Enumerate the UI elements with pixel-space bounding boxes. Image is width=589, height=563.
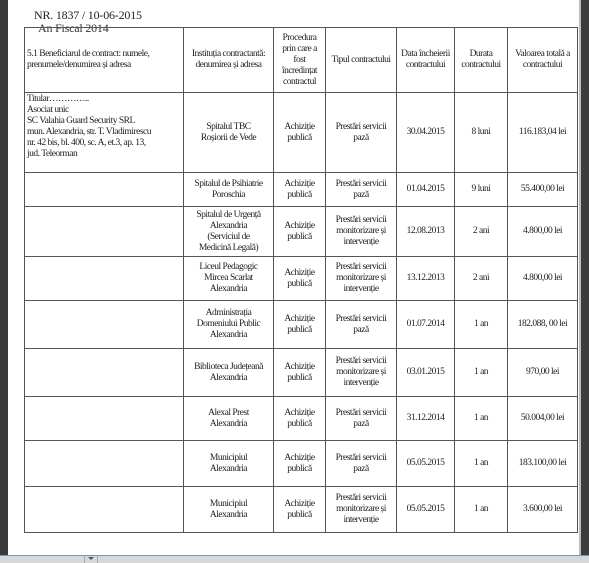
contract-type-cell: Prestări serviciipază <box>326 397 397 441</box>
total-value-cell: 4.800,00 lei <box>508 257 578 301</box>
procedure-cell: Achizițiepublică <box>274 349 326 397</box>
procedure-cell-line: publică <box>276 419 323 430</box>
header-beneficiary: 5.1 Beneficiarul de contract: numele, pr… <box>25 28 184 93</box>
institution-cell-line: (Serviciul de <box>186 232 271 243</box>
beneficiary-cell-empty <box>25 207 184 257</box>
procedure-cell-line: publică <box>276 279 323 290</box>
table-row: Alexal PrestAlexandriaAchizițiepublicăPr… <box>25 397 578 441</box>
contract-type-cell-line: Prestări servicii <box>328 122 394 133</box>
duration-cell: 1 an <box>455 301 508 349</box>
beneficiary-cell-empty <box>25 301 184 349</box>
procedure-cell-line: Achiziție <box>276 453 323 464</box>
duration-cell: 1 an <box>455 487 508 533</box>
table-row: MunicipiulAlexandriaAchizițiepublicăPres… <box>25 487 578 533</box>
procedure-cell: Achizițiepublică <box>274 207 326 257</box>
contract-type-cell-line: Prestări servicii <box>328 356 394 367</box>
procedure-cell-line: publică <box>276 325 323 336</box>
procedure-cell-line: Achiziție <box>276 179 323 190</box>
beneficiary-line: jud. Teleorman <box>27 149 181 160</box>
total-value-cell: 50.004,00 lei <box>508 397 578 441</box>
institution-cell-line: Liceul Pedagogic <box>186 262 271 273</box>
document-page: NR. 1837 / 10-06-2015 An Fiscal 2014 5.1… <box>8 0 579 555</box>
contract-type-cell-line: pază <box>328 464 394 475</box>
beneficiary-cell-empty <box>25 173 184 207</box>
contract-type-cell-line: intervenție <box>328 378 394 389</box>
institution-cell-line: Poroschia <box>186 190 271 201</box>
duration-cell: 9 luni <box>455 173 508 207</box>
institution-cell-line: Alexandria <box>186 284 271 295</box>
procedure-cell-line: Achiziție <box>276 314 323 325</box>
total-value-cell: 183.100,00 lei <box>508 441 578 487</box>
contract-type-cell-line: Prestări servicii <box>328 314 394 325</box>
institution-cell: Spitalul de PsihiatriePoroschia <box>184 173 274 207</box>
institution-cell: Alexal PrestAlexandria <box>184 397 274 441</box>
beneficiary-line: SC Valahia Guard Security SRL <box>27 116 181 127</box>
contract-type-cell: Prestări serviciipază <box>326 93 397 173</box>
procedure-cell-line: publică <box>276 190 323 201</box>
contract-type-cell-line: Prestări servicii <box>328 179 394 190</box>
contract-type-cell-line: pază <box>328 133 394 144</box>
contract-type-cell-line: monitorizare și <box>328 504 394 515</box>
table-row: Liceul PedagogicMircea ScarlatAlexandria… <box>25 257 578 301</box>
contract-type-cell-line: Prestări servicii <box>328 493 394 504</box>
table-row: Spitalul de UrgențăAlexandria(Serviciul … <box>25 207 578 257</box>
beneficiary-cell-empty <box>25 487 184 533</box>
table-header-row: 5.1 Beneficiarul de contract: numele, pr… <box>25 28 578 93</box>
beneficiary-cell-empty <box>25 397 184 441</box>
institution-cell-line: Alexandria <box>186 464 271 475</box>
institution-cell-line: Spitalul de Psihiatrie <box>186 179 271 190</box>
institution-cell: MunicipiulAlexandria <box>184 487 274 533</box>
procedure-cell: Achizițiepublică <box>274 301 326 349</box>
contract-type-cell: Prestări serviciipază <box>326 441 397 487</box>
procedure-cell: Achizițiepublică <box>274 441 326 487</box>
duration-cell: 8 luni <box>455 93 508 173</box>
contract-type-cell-line: monitorizare și <box>328 226 394 237</box>
beneficiary-cell-empty <box>25 257 184 301</box>
contract-type-cell: Prestări serviciimonitorizare șiinterven… <box>326 257 397 301</box>
contract-type-cell-line: pază <box>328 419 394 430</box>
procedure-cell-line: Achiziție <box>276 221 323 232</box>
total-value-cell: 4.800,00 lei <box>508 207 578 257</box>
total-value-cell: 116.183,04 lei <box>508 93 578 173</box>
institution-cell-line: Domeniului Public <box>186 319 271 330</box>
institution-cell-line: Biblioteca Județeană <box>186 362 271 373</box>
duration-cell: 2 ani <box>455 257 508 301</box>
header-institution: Instituția contractantă: denumirea și ad… <box>184 28 274 93</box>
total-value-cell: 55.400,00 lei <box>508 173 578 207</box>
viewer-left-margin <box>0 0 8 555</box>
table-row: Spitalul de PsihiatriePoroschiaAchiziție… <box>25 173 578 207</box>
procedure-cell-line: publică <box>276 464 323 475</box>
contract-type-cell: Prestări serviciimonitorizare șiinterven… <box>326 207 397 257</box>
table-row: AdministrațiaDomeniului PublicAlexandria… <box>25 301 578 349</box>
procedure-cell: Achizițiepublică <box>274 93 326 173</box>
contract-date-cell: 03.01.2015 <box>397 349 455 397</box>
header-duration: Durata contractului <box>455 28 508 93</box>
duration-cell: 1 an <box>455 349 508 397</box>
institution-cell-line: Alexandria <box>186 510 271 521</box>
institution-cell: AdministrațiaDomeniului PublicAlexandria <box>184 301 274 349</box>
dropdown-arrow-icon[interactable] <box>84 555 98 563</box>
institution-cell-line: Alexal Prest <box>186 408 271 419</box>
institution-cell-line: Alexandria <box>186 373 271 384</box>
institution-cell-line: Alexandria <box>186 221 271 232</box>
institution-cell: Biblioteca JudețeanăAlexandria <box>184 349 274 397</box>
beneficiary-line: Asociat unic <box>27 105 181 116</box>
procedure-cell-line: Achiziție <box>276 499 323 510</box>
duration-cell: 1 an <box>455 397 508 441</box>
contract-type-cell: Prestări serviciipază <box>326 301 397 349</box>
total-value-cell: 3.600,00 lei <box>508 487 578 533</box>
procedure-cell: Achizițiepublică <box>274 173 326 207</box>
contract-date-cell: 05.05.2015 <box>397 487 455 533</box>
contract-type-cell-line: pază <box>328 325 394 336</box>
procedure-cell-line: publică <box>276 133 323 144</box>
contract-type-cell-line: Prestări servicii <box>328 215 394 226</box>
institution-cell-line: Roșiorii de Vede <box>186 133 271 144</box>
beneficiary-cell-empty <box>25 441 184 487</box>
header-procedure: Procedura prin care a fost încredințat c… <box>274 28 326 93</box>
beneficiary-line: Titular………….. <box>27 94 181 105</box>
contract-date-cell: 30.04.2015 <box>397 93 455 173</box>
procedure-cell-line: Achiziție <box>276 122 323 133</box>
header-total-value: Valoarea totală a contractului <box>508 28 578 93</box>
institution-cell: MunicipiulAlexandria <box>184 441 274 487</box>
contract-date-cell: 01.07.2014 <box>397 301 455 349</box>
contract-date-cell: 05.05.2015 <box>397 441 455 487</box>
contract-date-cell: 01.04.2015 <box>397 173 455 207</box>
beneficiary-cell-empty <box>25 349 184 397</box>
institution-cell-line: Municipiul <box>186 499 271 510</box>
procedure-cell: Achizițiepublică <box>274 257 326 301</box>
table-row: MunicipiulAlexandriaAchizițiepublicăPres… <box>25 441 578 487</box>
institution-cell: Spitalul TBCRoșiorii de Vede <box>184 93 274 173</box>
contracts-table: 5.1 Beneficiarul de contract: numele, pr… <box>24 27 578 533</box>
total-value-cell: 970,00 lei <box>508 349 578 397</box>
institution-cell-line: Spitalul TBC <box>186 122 271 133</box>
procedure-cell-line: publică <box>276 373 323 384</box>
beneficiary-line: nr. 42 bis, bl. 400, sc. A, et.3, ap. 13… <box>27 138 181 149</box>
header-contract-type: Tipul contractului <box>326 28 397 93</box>
contract-type-cell-line: intervenție <box>328 284 394 295</box>
duration-cell: 2 ani <box>455 207 508 257</box>
institution-cell-line: Alexandria <box>186 419 271 430</box>
contract-type-cell-line: Prestări servicii <box>328 408 394 419</box>
contract-type-cell-line: monitorizare și <box>328 273 394 284</box>
contract-type-cell-line: pază <box>328 190 394 201</box>
procedure-cell: Achizițiepublică <box>274 487 326 533</box>
contract-type-cell-line: Prestări servicii <box>328 262 394 273</box>
procedure-cell: Achizițiepublică <box>274 397 326 441</box>
institution-cell: Liceul PedagogicMircea ScarlatAlexandria <box>184 257 274 301</box>
institution-cell-line: Mircea Scarlat <box>186 273 271 284</box>
procedure-cell-line: publică <box>276 510 323 521</box>
table-row: Titular…………..Asociat unicSC Valahia Guar… <box>25 93 578 173</box>
document-reference: NR. 1837 / 10-06-2015 <box>34 9 142 21</box>
institution-cell-line: Administrația <box>186 308 271 319</box>
duration-cell: 1 an <box>455 441 508 487</box>
procedure-cell-line: Achiziție <box>276 408 323 419</box>
beneficiary-cell: Titular…………..Asociat unicSC Valahia Guar… <box>25 93 184 173</box>
contract-type-cell: Prestări serviciimonitorizare șiinterven… <box>326 487 397 533</box>
contract-date-cell: 31.12.2014 <box>397 397 455 441</box>
procedure-cell-line: publică <box>276 232 323 243</box>
viewer-status-bar <box>0 555 589 563</box>
procedure-cell-line: Achiziție <box>276 268 323 279</box>
page-edge-shadow <box>579 0 581 555</box>
viewer-right-margin <box>581 0 589 555</box>
institution-cell-line: Alexandria <box>186 330 271 341</box>
total-value-cell: 182.088, 00 lei <box>508 301 578 349</box>
header-contract-date: Data încheierii contractului <box>397 28 455 93</box>
contract-type-cell-line: Prestări servicii <box>328 453 394 464</box>
contract-type-cell: Prestări serviciimonitorizare șiinterven… <box>326 349 397 397</box>
beneficiary-line: mun. Alexandria, str. T. Vladimirescu <box>27 127 181 138</box>
contract-type-cell-line: intervenție <box>328 515 394 526</box>
institution-cell: Spitalul de UrgențăAlexandria(Serviciul … <box>184 207 274 257</box>
institution-cell-line: Spitalul de Urgență <box>186 210 271 221</box>
institution-cell-line: Medicină Legală) <box>186 243 271 254</box>
institution-cell-line: Municipiul <box>186 453 271 464</box>
contract-type-cell: Prestări serviciipază <box>326 173 397 207</box>
table-row: Biblioteca JudețeanăAlexandriaAchizițiep… <box>25 349 578 397</box>
contract-date-cell: 12.08.2013 <box>397 207 455 257</box>
contract-date-cell: 13.12.2013 <box>397 257 455 301</box>
procedure-cell-line: Achiziție <box>276 362 323 373</box>
contract-type-cell-line: monitorizare și <box>328 367 394 378</box>
contract-type-cell-line: intervenție <box>328 237 394 248</box>
